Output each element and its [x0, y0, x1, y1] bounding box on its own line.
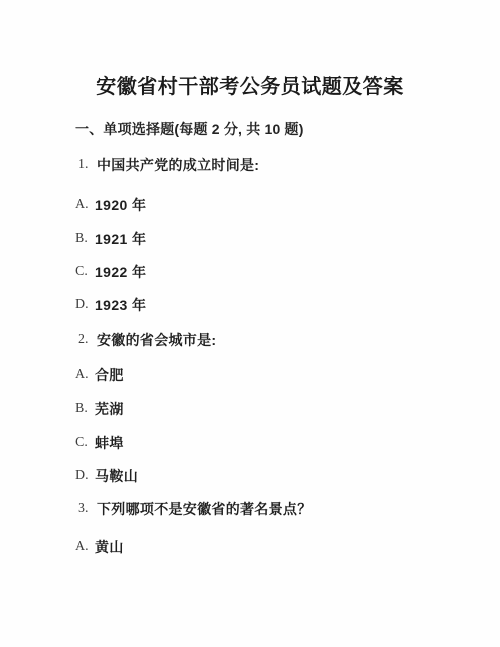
- option-text: 合肥: [95, 367, 124, 383]
- document-page: 安徽省村干部考公务员试题及答案 一、单项选择题(每题 2 分, 共 10 题) …: [0, 0, 500, 647]
- option-letter: B.: [75, 231, 88, 247]
- option-letter: D.: [75, 297, 89, 313]
- question-number: 1.: [78, 157, 89, 173]
- option-letter: C.: [75, 264, 88, 280]
- option-text: 黄山: [95, 539, 124, 555]
- option-text: 马鞍山: [95, 468, 138, 484]
- option-letter: A.: [75, 197, 89, 213]
- question-number: 3.: [78, 501, 89, 517]
- option-text: 芜湖: [95, 401, 124, 417]
- question-text: 安徽的省会城市是:: [97, 332, 216, 348]
- section-heading: 一、单项选择题(每题 2 分, 共 10 题): [75, 119, 304, 139]
- question-text: 中国共产党的成立时间是:: [97, 157, 259, 173]
- page-title: 安徽省村干部考公务员试题及答案: [0, 70, 500, 99]
- option-text: 蚌埠: [95, 435, 124, 451]
- option-text: 1920 年: [95, 197, 146, 213]
- option-text: 1923 年: [95, 297, 146, 313]
- question-text: 下列哪项不是安徽省的著名景点？: [97, 501, 312, 517]
- option-letter: D.: [75, 468, 89, 484]
- option-letter: B.: [75, 401, 88, 417]
- question-number: 2.: [78, 332, 89, 348]
- option-text: 1921 年: [95, 231, 146, 247]
- option-letter: A.: [75, 539, 89, 555]
- option-letter: C.: [75, 435, 88, 451]
- option-letter: A.: [75, 367, 89, 383]
- option-text: 1922 年: [95, 264, 146, 280]
